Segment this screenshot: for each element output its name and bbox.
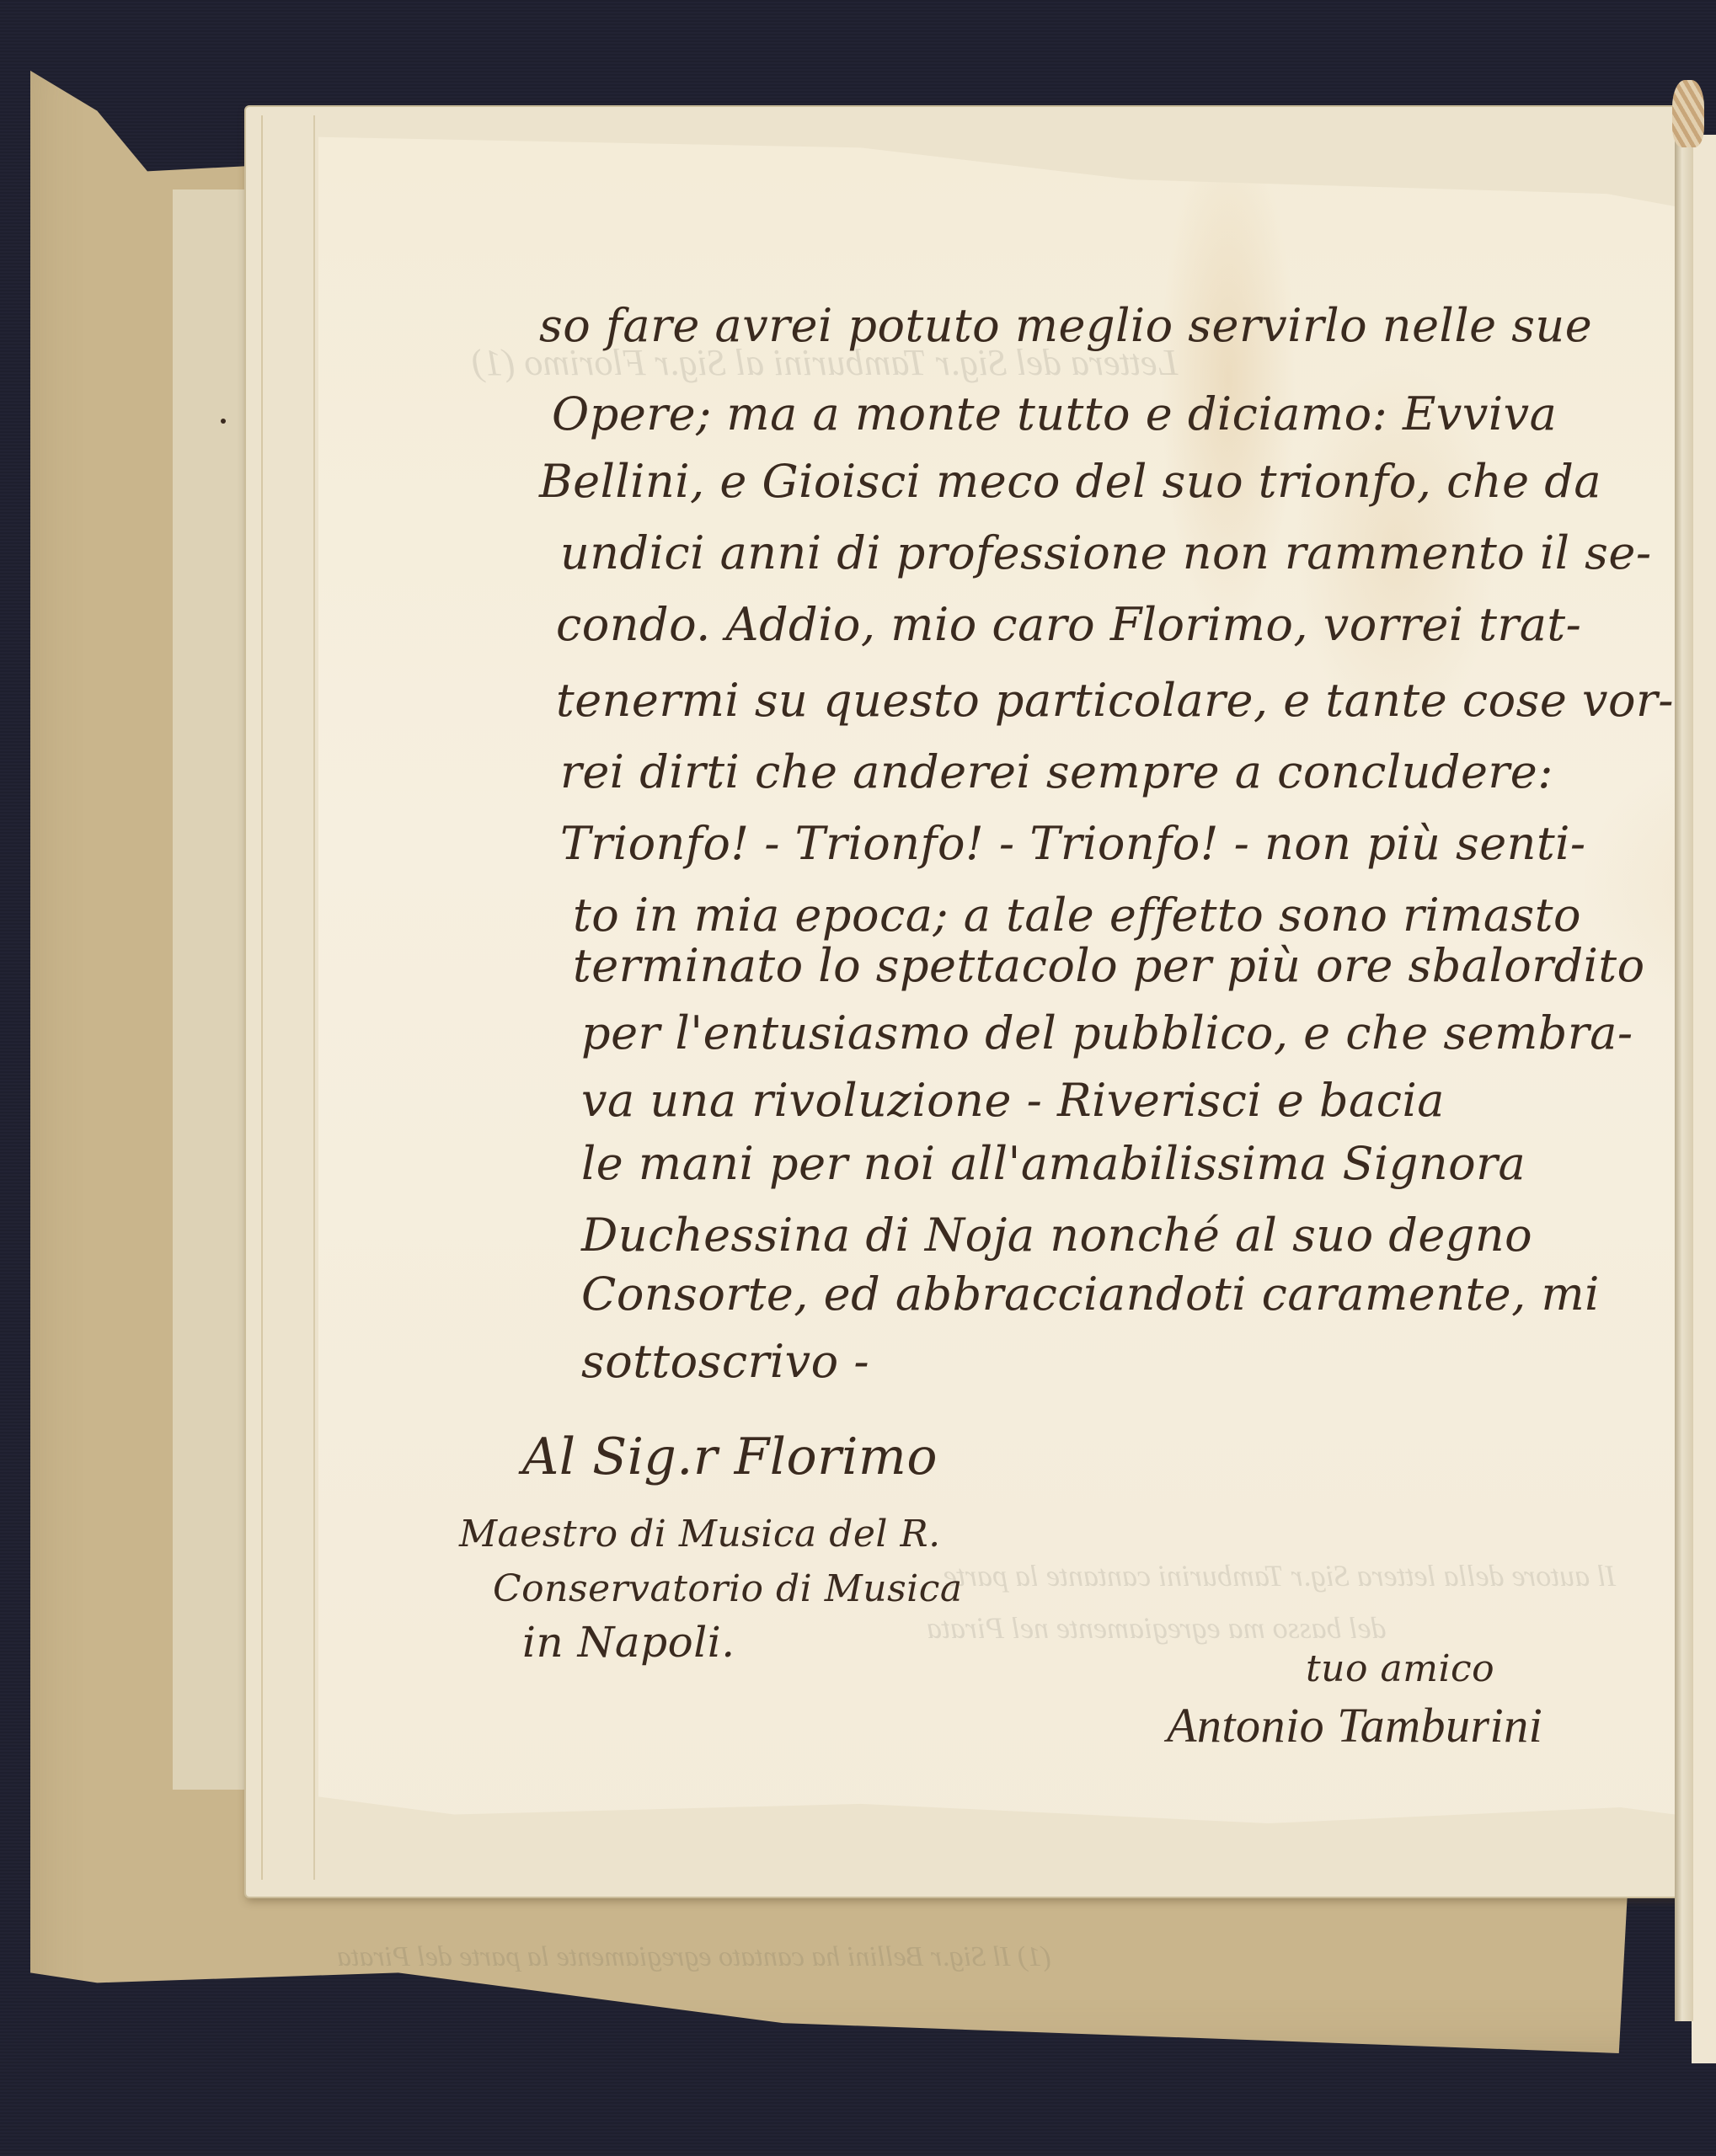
binding-thread-icon	[1672, 80, 1704, 147]
signature: Antonio Tamburini	[1167, 1701, 1542, 1750]
body-line: condo. Addio, mio caro Florimo, vorrei t…	[556, 602, 1581, 648]
body-line: Duchessina di Noja nonché al suo degno	[581, 1213, 1532, 1258]
facing-page-edge	[1692, 135, 1716, 2063]
body-line: so fare avrei potuto meglio servirlo nel…	[539, 303, 1592, 349]
body-line: per l'entusiasmo del pubblico, e che sem…	[581, 1011, 1633, 1056]
binding-gutter	[1675, 126, 1693, 2021]
body-line: sottoscrivo -	[581, 1339, 869, 1385]
body-line: va una rivoluzione - Riverisci e bacia	[581, 1078, 1445, 1123]
folder-inner-strip	[173, 189, 249, 1790]
address-title: Maestro di Musica del R.	[459, 1516, 941, 1553]
body-line: le mani per noi all'amabilissima Signora	[581, 1141, 1526, 1187]
body-line: Consorte, ed abbracciandoti caramente, m…	[581, 1272, 1600, 1317]
body-line: undici anni di professione non rammento …	[560, 531, 1652, 576]
margin-ink-dot	[221, 419, 226, 424]
address-city: in Napoli.	[522, 1621, 735, 1663]
body-line: rei dirti che anderei sempre a concluder…	[560, 750, 1553, 795]
body-line: Trionfo! - Trionfo! - Trionfo! - non più…	[560, 821, 1586, 867]
body-line: tenermi su questo particolare, e tante c…	[556, 678, 1674, 723]
body-line: terminato lo spettacolo per più ore sbal…	[573, 943, 1645, 989]
address-institution: Conservatorio di Musica	[493, 1571, 963, 1608]
body-line: to in mia epoca; a tale effetto sono rim…	[573, 893, 1581, 938]
bleed-through-line: (1) Il Sig.r Bellini ha cantato egregiam…	[337, 1941, 1051, 1973]
address-recipient: Al Sig.r Florimo	[522, 1432, 938, 1482]
body-line: Opere; ma a monte tutto e diciamo: Evviv…	[552, 392, 1557, 437]
closing-phrase: tuo amico	[1306, 1651, 1494, 1688]
bleed-through-line: del basso ma egregiamente nel Pirata	[927, 1610, 1387, 1646]
bleed-through-line: Il autore della lettera Sig.r Tamburini …	[944, 1558, 1616, 1593]
body-line: Bellini, e Gioisci meco del suo trionfo,…	[539, 459, 1601, 504]
